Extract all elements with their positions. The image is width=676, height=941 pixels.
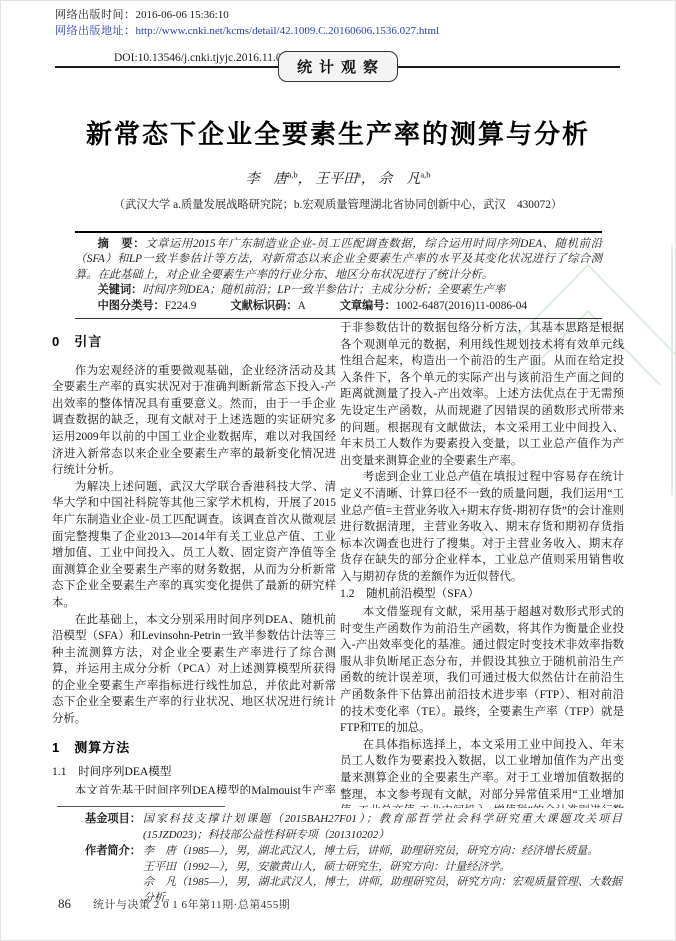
publish-url-link[interactable]: http://www.cnki.net/kcms/detail/42.1009.… bbox=[136, 25, 440, 37]
clc-pair: 中图分类号：F224.9 bbox=[98, 300, 197, 312]
footnote-rule bbox=[57, 806, 225, 807]
author-separator: ， bbox=[298, 172, 312, 187]
publish-time-value: 2016-06-06 15:36:10 bbox=[136, 9, 229, 21]
page-footer: 86统计与决策 2 0 1 6年第11期·总第455期 bbox=[58, 896, 290, 912]
section-heading-intro: 0 引言 bbox=[52, 334, 336, 351]
authors-line: 李 唐a,b， 王平田a， 佘 凡a,b bbox=[0, 168, 676, 188]
author-3: 佘 凡a,b bbox=[378, 172, 430, 187]
author-3-name: 佘 凡 bbox=[378, 172, 420, 187]
author-1-name: 李 唐 bbox=[245, 172, 287, 187]
publish-time-line: 网络出版时间：2016-06-06 15:36:10 bbox=[55, 7, 439, 23]
body-paragraph-continued: 于非参数估计的数据包络分析方法，其基本思路是根据各个观测单元的数据，利用线性规划… bbox=[340, 320, 624, 469]
bio-line: 李 唐（1985—），男，湖北武汉人，博士后，讲师，助理研究员，研究方向：经济增… bbox=[143, 844, 622, 860]
keywords-text: 时间序列DEA；随机前沿；LP一致半参估计；主成分分析；全要素生产率 bbox=[142, 284, 505, 296]
article-id-value: 1002-6487(2016)11-0086-04 bbox=[396, 300, 527, 312]
author-1-affil-mark: a,b bbox=[287, 169, 297, 179]
classification-line: 中图分类号：F224.9文献标识码：A文章编号：1002-6487(2016)1… bbox=[75, 299, 602, 314]
abstract-paragraph: 摘 要：文章运用2015年广东制造业企业-员工匹配调查数据，综合运用时间序列DE… bbox=[75, 237, 602, 283]
doc-code-pair: 文献标识码：A bbox=[230, 300, 305, 312]
affiliation: （武汉大学 a.质量发展战略研究院；b.宏观质量管理湖北省协同创新中心，武汉 4… bbox=[0, 196, 676, 212]
article-id-pair: 文章编号：1002-6487(2016)11-0086-04 bbox=[340, 300, 527, 312]
right-column: 于非参数估计的数据包络分析方法，其基本思路是根据各个观测单元的数据，利用线性规划… bbox=[340, 320, 624, 808]
bio-label: 作者简介： bbox=[85, 844, 141, 860]
left-column: 0 引言 作为宏观经济的重要微观基础，企业经济活动及其全要素生产率的真实状况对于… bbox=[52, 334, 336, 794]
abstract-label: 摘 要： bbox=[98, 238, 145, 250]
journal-info: 统计与决策 2 0 1 6年第11期·总第455期 bbox=[93, 899, 290, 911]
doc-code-label: 文献标识码： bbox=[230, 300, 297, 312]
publish-time-label: 网络出版时间： bbox=[55, 9, 136, 21]
body-paragraph: 在具体指标选择上，本文采用工业中间投入、年末员工人数作为要素投入数据，以工业增加… bbox=[340, 737, 624, 808]
article-title: 新常态下企业全要素生产率的测算与分析 bbox=[0, 114, 676, 151]
publish-url-line: 网络出版地址：http://www.cnki.net/kcms/detail/4… bbox=[55, 23, 439, 39]
publish-url-label: 网络出版地址： bbox=[55, 25, 136, 37]
keywords-label: 关键词： bbox=[98, 284, 143, 296]
body-paragraph: 考虑到企业工业总产值在填报过程中容易存在统计定义不清晰、计算口径不一致的质量问题… bbox=[340, 469, 624, 585]
body-paragraph: 作为宏观经济的重要微观基础，企业经济活动及其全要素生产率的真实状况对于准确判断新… bbox=[52, 363, 336, 479]
author-2: 王平田a， bbox=[315, 172, 375, 187]
author-2-name: 王平田 bbox=[315, 172, 357, 187]
clc-value: F224.9 bbox=[165, 300, 197, 312]
fund-label: 基金项目： bbox=[85, 812, 141, 828]
article-id-label: 文章编号： bbox=[340, 300, 396, 312]
doi-text: DOI:10.13546/j.cnki.tjyjc.2016.11.025 bbox=[114, 52, 293, 64]
clc-label: 中图分类号： bbox=[98, 300, 165, 312]
author-3-affil-mark: a,b bbox=[420, 169, 430, 179]
section-heading-method: 1 测算方法 bbox=[52, 740, 336, 757]
doc-code-value: A bbox=[298, 300, 306, 312]
body-paragraph: 在此基础上，本文分别采用时间序列DEA、随机前沿模型（SFA）和Levinsoh… bbox=[52, 612, 336, 728]
fund-text: 国家科技支撑计划课题（2015BAH27F01）；教育部哲学社会科学研究重大课题… bbox=[143, 813, 622, 841]
keywords-line: 关键词：时间序列DEA；随机前沿；LP一致半参估计；主成分分析；全要素生产率 bbox=[75, 283, 602, 298]
author-separator: ， bbox=[361, 172, 375, 187]
column-badge: 统计观察 bbox=[278, 51, 398, 82]
fund-project: 基金项目：国家科技支撑计划课题（2015BAH27F01）；教育部哲学社会科学研… bbox=[85, 812, 622, 843]
page-number: 86 bbox=[58, 896, 71, 911]
body-paragraph: 为解决上述问题，武汉大学联合香港科技大学、清华大学和中国社科院等其他三家学术机构… bbox=[52, 479, 336, 612]
abstract-text: 文章运用2015年广东制造业企业-员工匹配调查数据，综合运用时间序列DEA、随机… bbox=[75, 238, 602, 281]
journal-page: 网络出版时间：2016-06-06 15:36:10 网络出版地址：http:/… bbox=[0, 0, 676, 941]
footnote-block: 基金项目：国家科技支撑计划课题（2015BAH27F01）；教育部哲学社会科学研… bbox=[85, 812, 622, 907]
body-paragraph: 本文首先基于时间序列DEA模型的Malmquist生产率指数对企业全要素生产率进… bbox=[52, 783, 336, 794]
author-1: 李 唐a,b， bbox=[245, 172, 311, 187]
subsection-heading-dea: 1.1 时间序列DEA模型 bbox=[52, 764, 336, 781]
bio-line: 王平田（1992—），男，安徽黄山人，硕士研究生，研究方向：计量经济学。 bbox=[143, 860, 622, 876]
body-paragraph: 本文借鉴现有文献，采用基于超越对数形式形式的时变生产函数作为前沿生产函数，将其作… bbox=[340, 604, 624, 737]
network-meta: 网络出版时间：2016-06-06 15:36:10 网络出版地址：http:/… bbox=[55, 7, 439, 39]
subsection-heading-sfa: 1.2 随机前沿模型（SFA） bbox=[340, 586, 624, 603]
abstract-box: 摘 要：文章运用2015年广东制造业企业-员工匹配调查数据，综合运用时间序列DE… bbox=[75, 231, 602, 319]
